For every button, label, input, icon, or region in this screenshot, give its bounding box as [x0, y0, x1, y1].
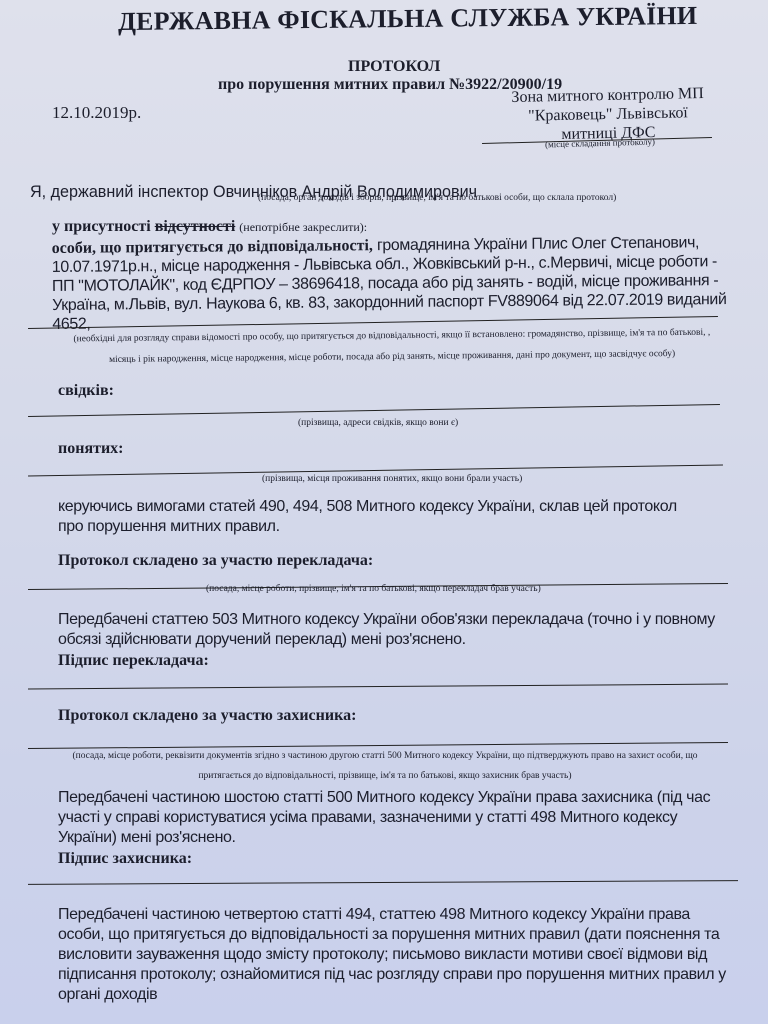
presence-present: у присутності	[52, 218, 151, 235]
agency-title: ДЕРЖАВНА ФІСКАЛЬНА СЛУЖБА УКРАЇНИ	[118, 1, 698, 37]
person-details: особи, що притягується до відповідальнос…	[52, 233, 733, 334]
place-caption: (місце складання протоколу)	[545, 137, 655, 150]
translator-signature-label: Підпис перекладача:	[58, 652, 209, 670]
witnesses-label: свідків:	[58, 382, 114, 400]
witnesses-caption: (прізвища, адреси свідків, якщо вони є)	[298, 418, 458, 428]
basis-text: керуючись вимогами статей 490, 494, 508 …	[58, 497, 698, 537]
document-type: ПРОТОКОЛ	[348, 58, 440, 76]
defender-signature-line	[28, 880, 738, 885]
translator-signature-line	[28, 684, 728, 690]
person-rights-text: Передбачені частиною четвертою статті 49…	[58, 905, 728, 1005]
presence-line: у присутності відсутності (непотрібне за…	[52, 218, 367, 236]
defender-signature-label: Підпис захисника:	[58, 850, 192, 868]
translator-label: Протокол складено за участю перекладача:	[58, 552, 373, 570]
defender-label: Протокол складено за участю захисника:	[58, 707, 356, 725]
attesting-caption: (прізвища, місця проживання понятих, якщ…	[262, 474, 522, 484]
witnesses-underline	[28, 404, 720, 417]
defender-rights: Передбачені частиною шостою статті 500 М…	[58, 788, 738, 848]
place-of-drafting: Зона митного контролю МП "Краковець" Льв…	[487, 83, 728, 145]
inspector-caption: (посада, орган доходів і зборів, прізвищ…	[258, 193, 616, 203]
attesting-label: понятих:	[58, 440, 124, 458]
translator-caption: (посада, місце роботи, прізвище, ім'я та…	[206, 584, 541, 594]
person-caption: (необхідні для розгляду справи відомості…	[62, 323, 722, 372]
translator-duties: Передбачені статтею 503 Митного кодексу …	[58, 610, 720, 650]
person-label: особи, що притягується до відповідальнос…	[52, 237, 373, 257]
document-date: 12.10.2019р.	[52, 103, 141, 123]
defender-caption: (посада, місце роботи, реквізити докумен…	[60, 746, 710, 786]
presence-note: (непотрібне закреслити):	[239, 220, 367, 234]
protocol-document: ДЕРЖАВНА ФІСКАЛЬНА СЛУЖБА УКРАЇНИ ПРОТОК…	[0, 0, 768, 1024]
presence-absent-struck: відсутності	[155, 218, 236, 235]
